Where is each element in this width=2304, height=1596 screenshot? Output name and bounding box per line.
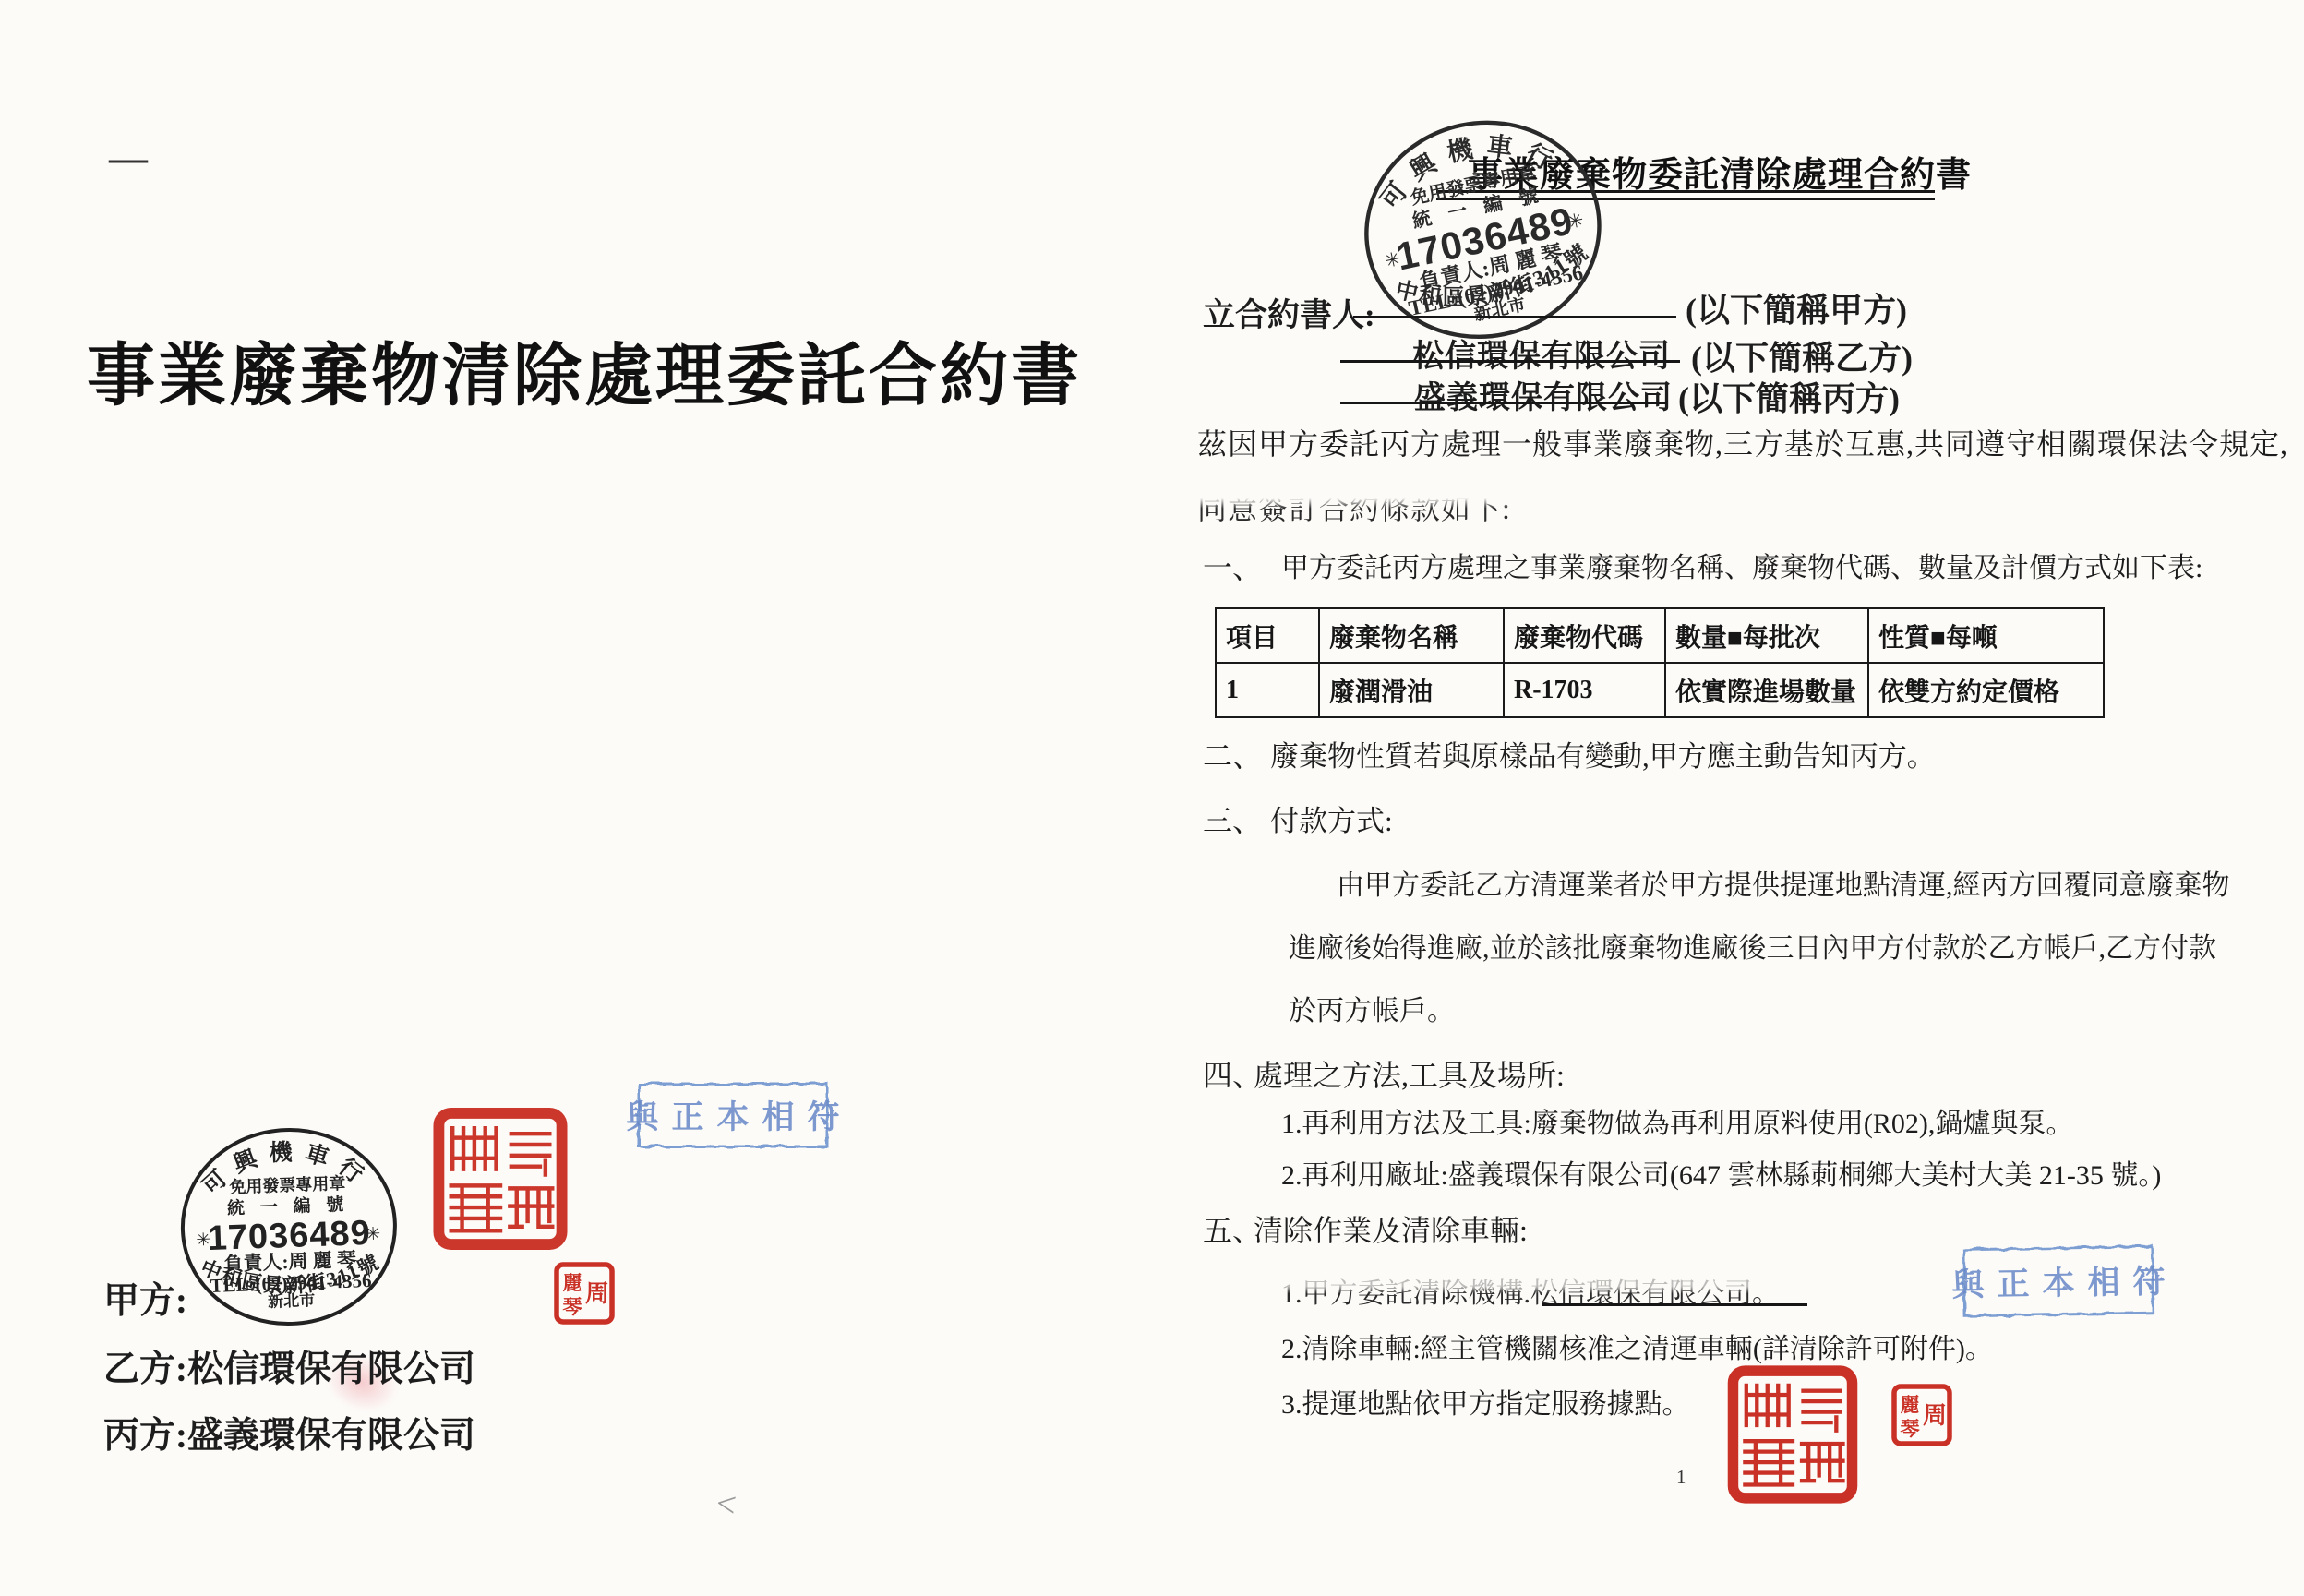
party-b-underline: [1340, 360, 1680, 363]
clause5-item1-prefix: 1.甲方委託清除機構.: [1281, 1278, 1530, 1309]
clause1-text: 甲方委託丙方處理之事業廢棄物名稱、廢棄物代碼、數量及計價方式如下表:: [1281, 545, 2202, 585]
personal-seal-given1: 麗: [563, 1272, 582, 1294]
clause3-body-line2: 進廠後始得進廠,並於該批廢棄物進廠後三日內甲方付款於乙方帳戶,乙方付款: [1289, 925, 2216, 966]
page-number: 1: [1676, 1466, 1686, 1489]
waste-table: 項目 廢棄物名稱 廢棄物代碼 數量■每批次 性質■每噸 1 廢潤滑油 R-170…: [1215, 607, 2105, 718]
personal-seal-given2: 琴: [1901, 1418, 1920, 1440]
personal-seal-graphic: 周 麗 琴: [1890, 1383, 1953, 1447]
personal-seal-surname: 周: [1923, 1402, 1947, 1429]
company-seal-graphic: [1724, 1364, 1861, 1505]
business-oval-stamp: 可興機車行 免用發票專用章 統 一 編 號 ✳ 17036489 ✳ 負責人:周…: [174, 1121, 404, 1338]
business-oval-stamp: 可興機車行 免用發票專用章 統 一 編 號 ✳ 17036489 ✳ 負責人:周…: [1339, 94, 1627, 371]
company-seal-graphic: [432, 1106, 569, 1252]
intro-line-1: 茲因甲方委託丙方處理一般事業廢棄物,三方基於互惠,共同遵守相關環保法令規定,: [1197, 421, 2288, 463]
party-b-name: 松信環保有限公司: [1412, 330, 1671, 376]
oval-stamp-graphic: 可興機車行 免用發票專用章 統 一 編 號 ✳ 17036489 ✳ 負責人:周…: [174, 1121, 404, 1333]
right-page: 事業廢棄物委託清除處理合約書 可興機車行 免用發票專用章 統 一 編 號 ✳ 1…: [1152, 0, 2304, 1596]
intro-line-2-faded: 同意簽訂合約條款如下:: [1197, 486, 1511, 528]
verify-stamp-text: 與正本相符: [627, 1092, 853, 1138]
party-a-label: 甲方:: [103, 1281, 187, 1321]
party-b-value: 松信環保有限公司: [187, 1350, 475, 1389]
party-c-underline: [1340, 402, 1667, 404]
clause5-item2: 2.清除車輛:經主管機關核准之清運車輛(詳清除許可附件)。: [1281, 1326, 1993, 1366]
header-nature: 性質■每噸: [1868, 608, 2104, 663]
verify-stamp: 與正本相符: [1958, 1239, 2159, 1324]
header-item: 項目: [1216, 608, 1319, 663]
party-c-suffix: (以下簡稱丙方): [1678, 373, 1900, 420]
party-a-underline: [1353, 316, 1676, 318]
company-red-seal: [1724, 1364, 1861, 1509]
header-waste-code: 廢棄物代碼: [1504, 608, 1665, 663]
oval-stamp-graphic: 可興機車行 免用發票專用章 統 一 編 號 ✳ 17036489 ✳ 負責人:周…: [1339, 94, 1626, 366]
clause5-text: 清除作業及清除車輛:: [1254, 1207, 1528, 1250]
cell-nature: 依雙方約定價格: [1868, 663, 2104, 717]
clause3-number: 三、: [1203, 798, 1262, 840]
personal-seal-given1: 麗: [1901, 1394, 1920, 1416]
party-line-c: 丙方:盛義環保有限公司: [103, 1407, 475, 1458]
clause4-item1: 1.再利用方法及工具:廢棄物做為再利用原料使用(R02),鍋爐與泵。: [1281, 1100, 2073, 1141]
party-a-suffix: (以下簡稱甲方): [1686, 284, 1907, 331]
clause3-text: 付款方式:: [1270, 798, 1393, 839]
personal-seal-surname: 周: [585, 1280, 609, 1307]
left-page: — 事業廢棄物清除處理委託合約書 可興機車行 免用發票專用章 統 一 編 號 ✳…: [0, 0, 1152, 1596]
clause5-item1-underline: [1542, 1303, 1807, 1306]
party-c-value: 盛義環保有限公司: [187, 1416, 475, 1456]
company-red-seal: [432, 1106, 569, 1256]
left-page-title: 事業廢棄物清除處理委託合約書: [87, 321, 1082, 419]
clause2-text: 廢棄物性質若與原樣品有變動,甲方應主動告知丙方。: [1270, 733, 1936, 774]
cell-item: 1: [1216, 663, 1319, 717]
cell-quantity: 依實際進場數量: [1665, 663, 1868, 717]
clause4-text: 處理之方法,工具及場所:: [1254, 1052, 1565, 1095]
party-c-name: 盛義環保有限公司: [1414, 372, 1673, 417]
clause4-item2: 2.再利用廠址:盛義環保有限公司(647 雲林縣莿桐鄉大美村大美 21-35 號…: [1281, 1152, 2161, 1193]
header-quantity: 數量■每批次: [1665, 608, 1868, 663]
waste-table-data-row: 1 廢潤滑油 R-1703 依實際進場數量 依雙方約定價格: [1216, 663, 2104, 717]
personal-seal-given2: 琴: [563, 1296, 582, 1318]
party-line-a: 甲方:: [103, 1272, 187, 1324]
scanned-contract-spread: { "left_page": { "corner_dash": "—", "ti…: [0, 0, 2304, 1596]
waste-table-header-row: 項目 廢棄物名稱 廢棄物代碼 數量■每批次 性質■每噸: [1216, 608, 2104, 663]
flower-icon: ✳: [366, 1225, 381, 1245]
flower-icon: ✳: [1566, 209, 1586, 234]
verify-stamp: 與正本相符: [633, 1078, 833, 1152]
stamp-line-invoice: 免用發票專用章: [228, 1173, 346, 1196]
party-c-label: 丙方:: [103, 1416, 187, 1456]
header-waste-name: 廢棄物名稱: [1319, 608, 1504, 663]
corner-dash: —: [109, 137, 148, 181]
cell-waste-name: 廢潤滑油: [1319, 663, 1504, 717]
clause2-number: 二、: [1203, 733, 1262, 775]
preamble-label: 立合約書人:: [1203, 290, 1375, 336]
personal-red-seal: 周 麗 琴: [553, 1261, 616, 1330]
party-b-label: 乙方:: [103, 1350, 187, 1389]
personal-seal-graphic: 周 麗 琴: [553, 1261, 616, 1326]
party-line-b: 乙方:松信環保有限公司: [103, 1340, 475, 1392]
pencil-check-mark: <: [714, 1483, 738, 1527]
clause1-number: 一、: [1203, 545, 1262, 587]
clause3-body-line3: 於丙方帳戶。: [1289, 988, 1455, 1028]
personal-red-seal: 周 麗 琴: [1890, 1383, 1953, 1452]
cell-waste-code: R-1703: [1504, 663, 1665, 717]
verify-stamp-text: 與正本相符: [1951, 1256, 2178, 1306]
clause3-body-line1: 由甲方委託乙方清運業者於甲方提供提運地點清運,經丙方回覆同意廢棄物: [1337, 862, 2230, 903]
clause5-item3: 3.提運地點依甲方指定服務據點。: [1281, 1381, 1690, 1422]
